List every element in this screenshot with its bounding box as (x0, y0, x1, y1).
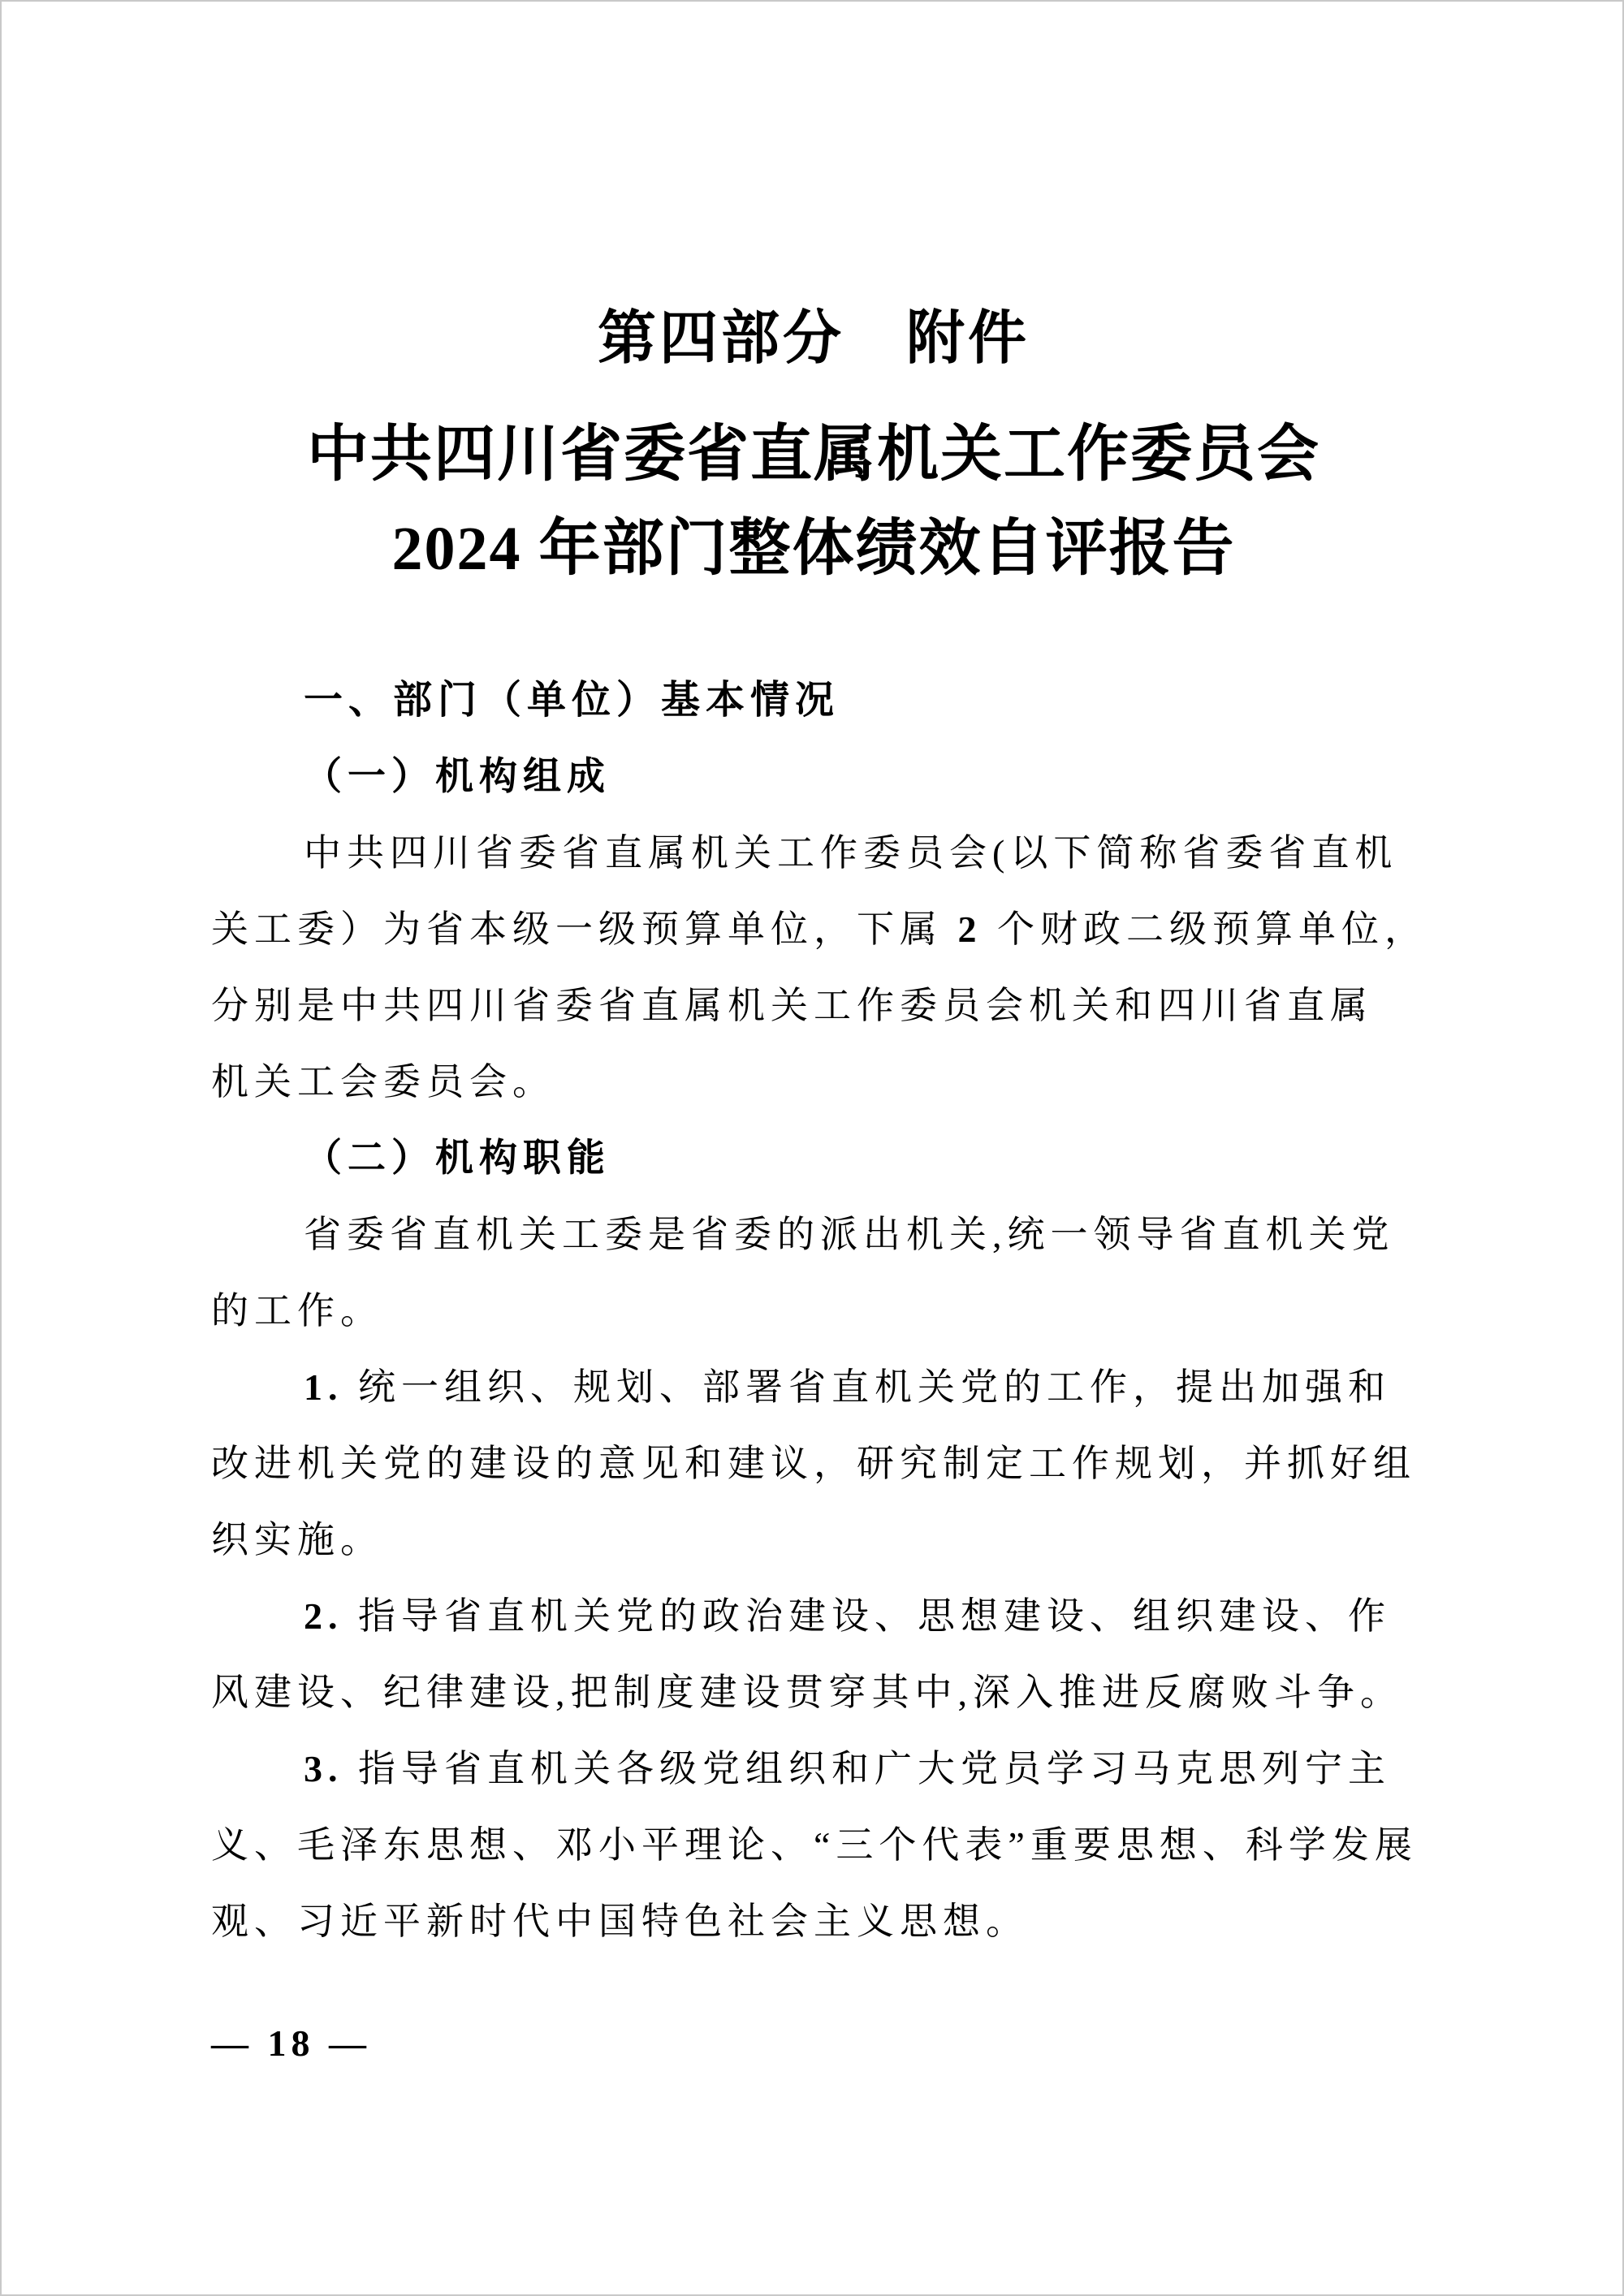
text-segment: 个财政二级预算单位， (983, 908, 1428, 950)
document-page: 第四部分 附件 中共四川省委省直属机关工作委员会 2024 年部门整体绩效自评报… (0, 0, 1624, 2296)
body-line: 观、习近平新时代中国特色社会主义思想。 (211, 1884, 1421, 1960)
body-line: 义、毛泽东思想、邓小平理论、“三个代表”重要思想、科学发展 (211, 1807, 1421, 1884)
text-segment: 统一组织、规划、部署省直机关党的工作，提出加强和 (343, 1366, 1392, 1408)
body-line: 关工委）为省本级一级预算单位，下属 2 个财政二级预算单位， (211, 891, 1421, 968)
text-segment: 1. (304, 1366, 343, 1408)
part-title: 第四部分 附件 (2, 300, 1624, 378)
text-segment: （一）机构组成 (304, 756, 611, 798)
body-line: 省委省直机关工委是省委的派出机关,统一领导省直机关党 (211, 1197, 1421, 1273)
text-segment: 省委省直机关工委是省委的派出机关,统一领导省直机关党 (304, 1214, 1395, 1255)
text-segment: 中共四川省委省直属机关工作委员会(以下简称省委省直机 (304, 832, 1397, 874)
body-line: 1. 统一组织、规划、部署省直机关党的工作，提出加强和 (211, 1349, 1421, 1426)
section-heading: 一、部门（单位）基本情况 (211, 662, 1421, 739)
text-segment: 3. (304, 1748, 343, 1789)
text-segment: 指导省直机关党的政治建设、思想建设、组织建设、作 (343, 1595, 1392, 1637)
text-segment: 风建设、纪律建设,把制度建设贯穿其中,深入推进反腐败斗争。 (211, 1672, 1403, 1713)
report-title-line-1: 中共四川省委省直属机关工作委员会 (2, 414, 1624, 495)
report-title-line-2: 2024 年部门整体绩效自评报告 (2, 508, 1624, 589)
text-segment: 指导省直机关各级党组织和广大党员学习马克思列宁主 (343, 1748, 1392, 1789)
text-segment: 织实施。 (211, 1519, 383, 1560)
text-segment: 改进机关党的建设的意见和建议，研究制定工作规划，并抓好组 (211, 1443, 1416, 1484)
body-line: 改进机关党的建设的意见和建议，研究制定工作规划，并抓好组 (211, 1426, 1421, 1502)
body-line: 2. 指导省直机关党的政治建设、思想建设、组织建设、作 (211, 1578, 1421, 1655)
text-segment: 关工委）为省本级一级预算单位，下属 (211, 908, 958, 950)
text-segment: 2 (958, 908, 983, 950)
page-number: — 18 — (211, 2019, 371, 2068)
text-segment: 一、部门（单位）基本情况 (304, 679, 840, 722)
body-line: 机关工会委员会。 (211, 1044, 1421, 1120)
body-line: 中共四川省委省直属机关工作委员会(以下简称省委省直机 (211, 815, 1421, 891)
text-segment: 分别是中共四川省委省直属机关工作委员会机关和四川省直属 (211, 985, 1373, 1026)
body-line: 风建设、纪律建设,把制度建设贯穿其中,深入推进反腐败斗争。 (211, 1655, 1421, 1731)
body-line: 3. 指导省直机关各级党组织和广大党员学习马克思列宁主 (211, 1731, 1421, 1807)
body-lines: 一、部门（单位）基本情况（一）机构组成中共四川省委省直属机关工作委员会(以下简称… (211, 662, 1421, 1960)
text-segment: 的工作。 (211, 1290, 383, 1331)
subsection-heading: （一）机构组成 (211, 739, 1421, 815)
text-segment: 观、习近平新时代中国特色社会主义思想。 (211, 1901, 1029, 1942)
text-segment: （二）机构职能 (304, 1137, 611, 1180)
body-line: 的工作。 (211, 1273, 1421, 1349)
text-segment: 2. (304, 1595, 343, 1637)
body-line: 分别是中共四川省委省直属机关工作委员会机关和四川省直属 (211, 968, 1421, 1044)
body-line: 织实施。 (211, 1502, 1421, 1578)
text-segment: 义、毛泽东思想、邓小平理论、“三个代表”重要思想、科学发展 (211, 1824, 1418, 1866)
text-segment: 机关工会委员会。 (211, 1061, 555, 1103)
subsection-heading: （二）机构职能 (211, 1120, 1421, 1197)
